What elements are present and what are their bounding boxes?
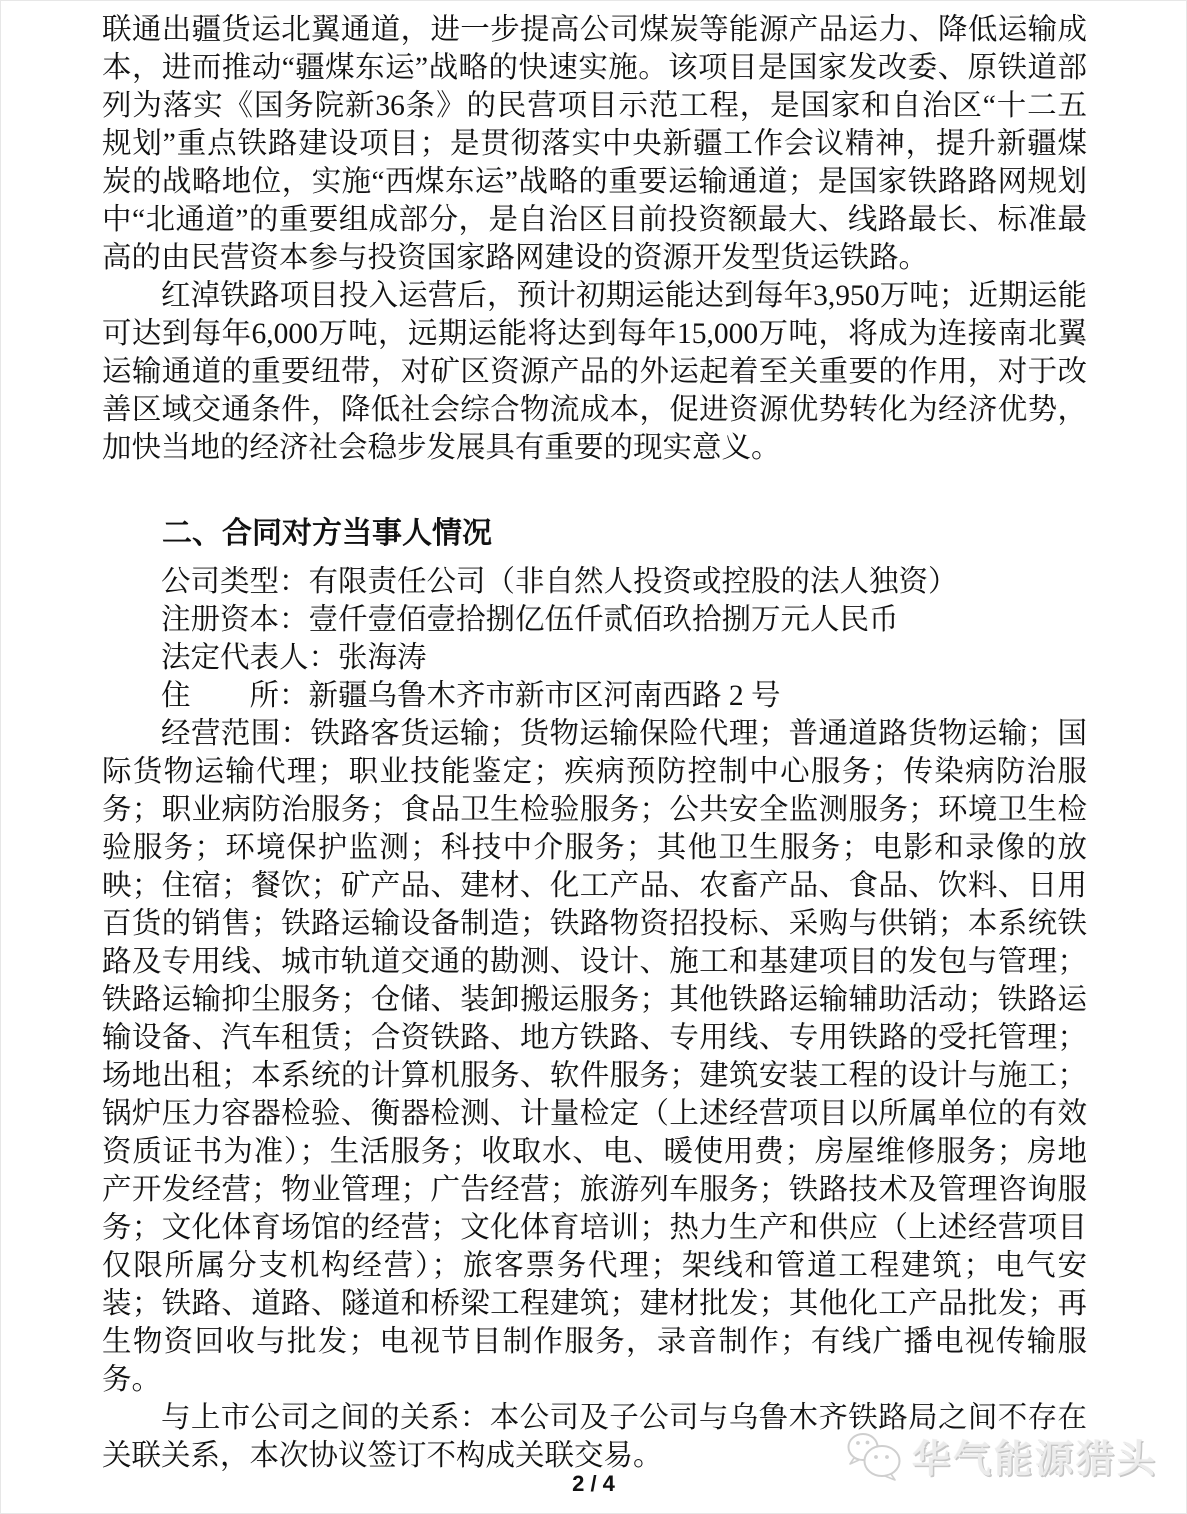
document-body: 联通出疆货运北翼通道，进一步提高公司煤炭等能源产品运力、降低运输成本，进而推动“… [102,11,1087,1475]
document-page: 联通出疆货运北翼通道，进一步提高公司煤炭等能源产品运力、降低运输成本，进而推动“… [0,0,1187,1514]
company-type-line: 公司类型：有限责任公司（非自然人投资或控股的法人独资） [102,563,1087,601]
paragraph-rail-corridor: 联通出疆货运北翼通道，进一步提高公司煤炭等能源产品运力、降低运输成本，进而推动“… [102,11,1087,277]
section-heading-counterparty: 二、合同对方当事人情况 [102,515,1087,553]
paragraph-project-capacity: 红淖铁路项目投入运营后，预计初期运能达到每年3,950万吨；近期运能可达到每年6… [102,277,1087,467]
page-number: 2 / 4 [1,1471,1186,1497]
paragraph-business-scope: 经营范围：铁路客货运输；货物运输保险代理；普通道路货物运输；国际货物运输代理；职… [102,715,1087,1399]
registered-capital-line: 注册资本：壹仟壹佰壹拾捌亿伍仟贰佰玖拾捌万元人民币 [102,601,1087,639]
registered-address-line: 住 所：新疆乌鲁木齐市新市区河南西路 2 号 [102,677,1087,715]
legal-representative-line: 法定代表人：张海涛 [102,639,1087,677]
